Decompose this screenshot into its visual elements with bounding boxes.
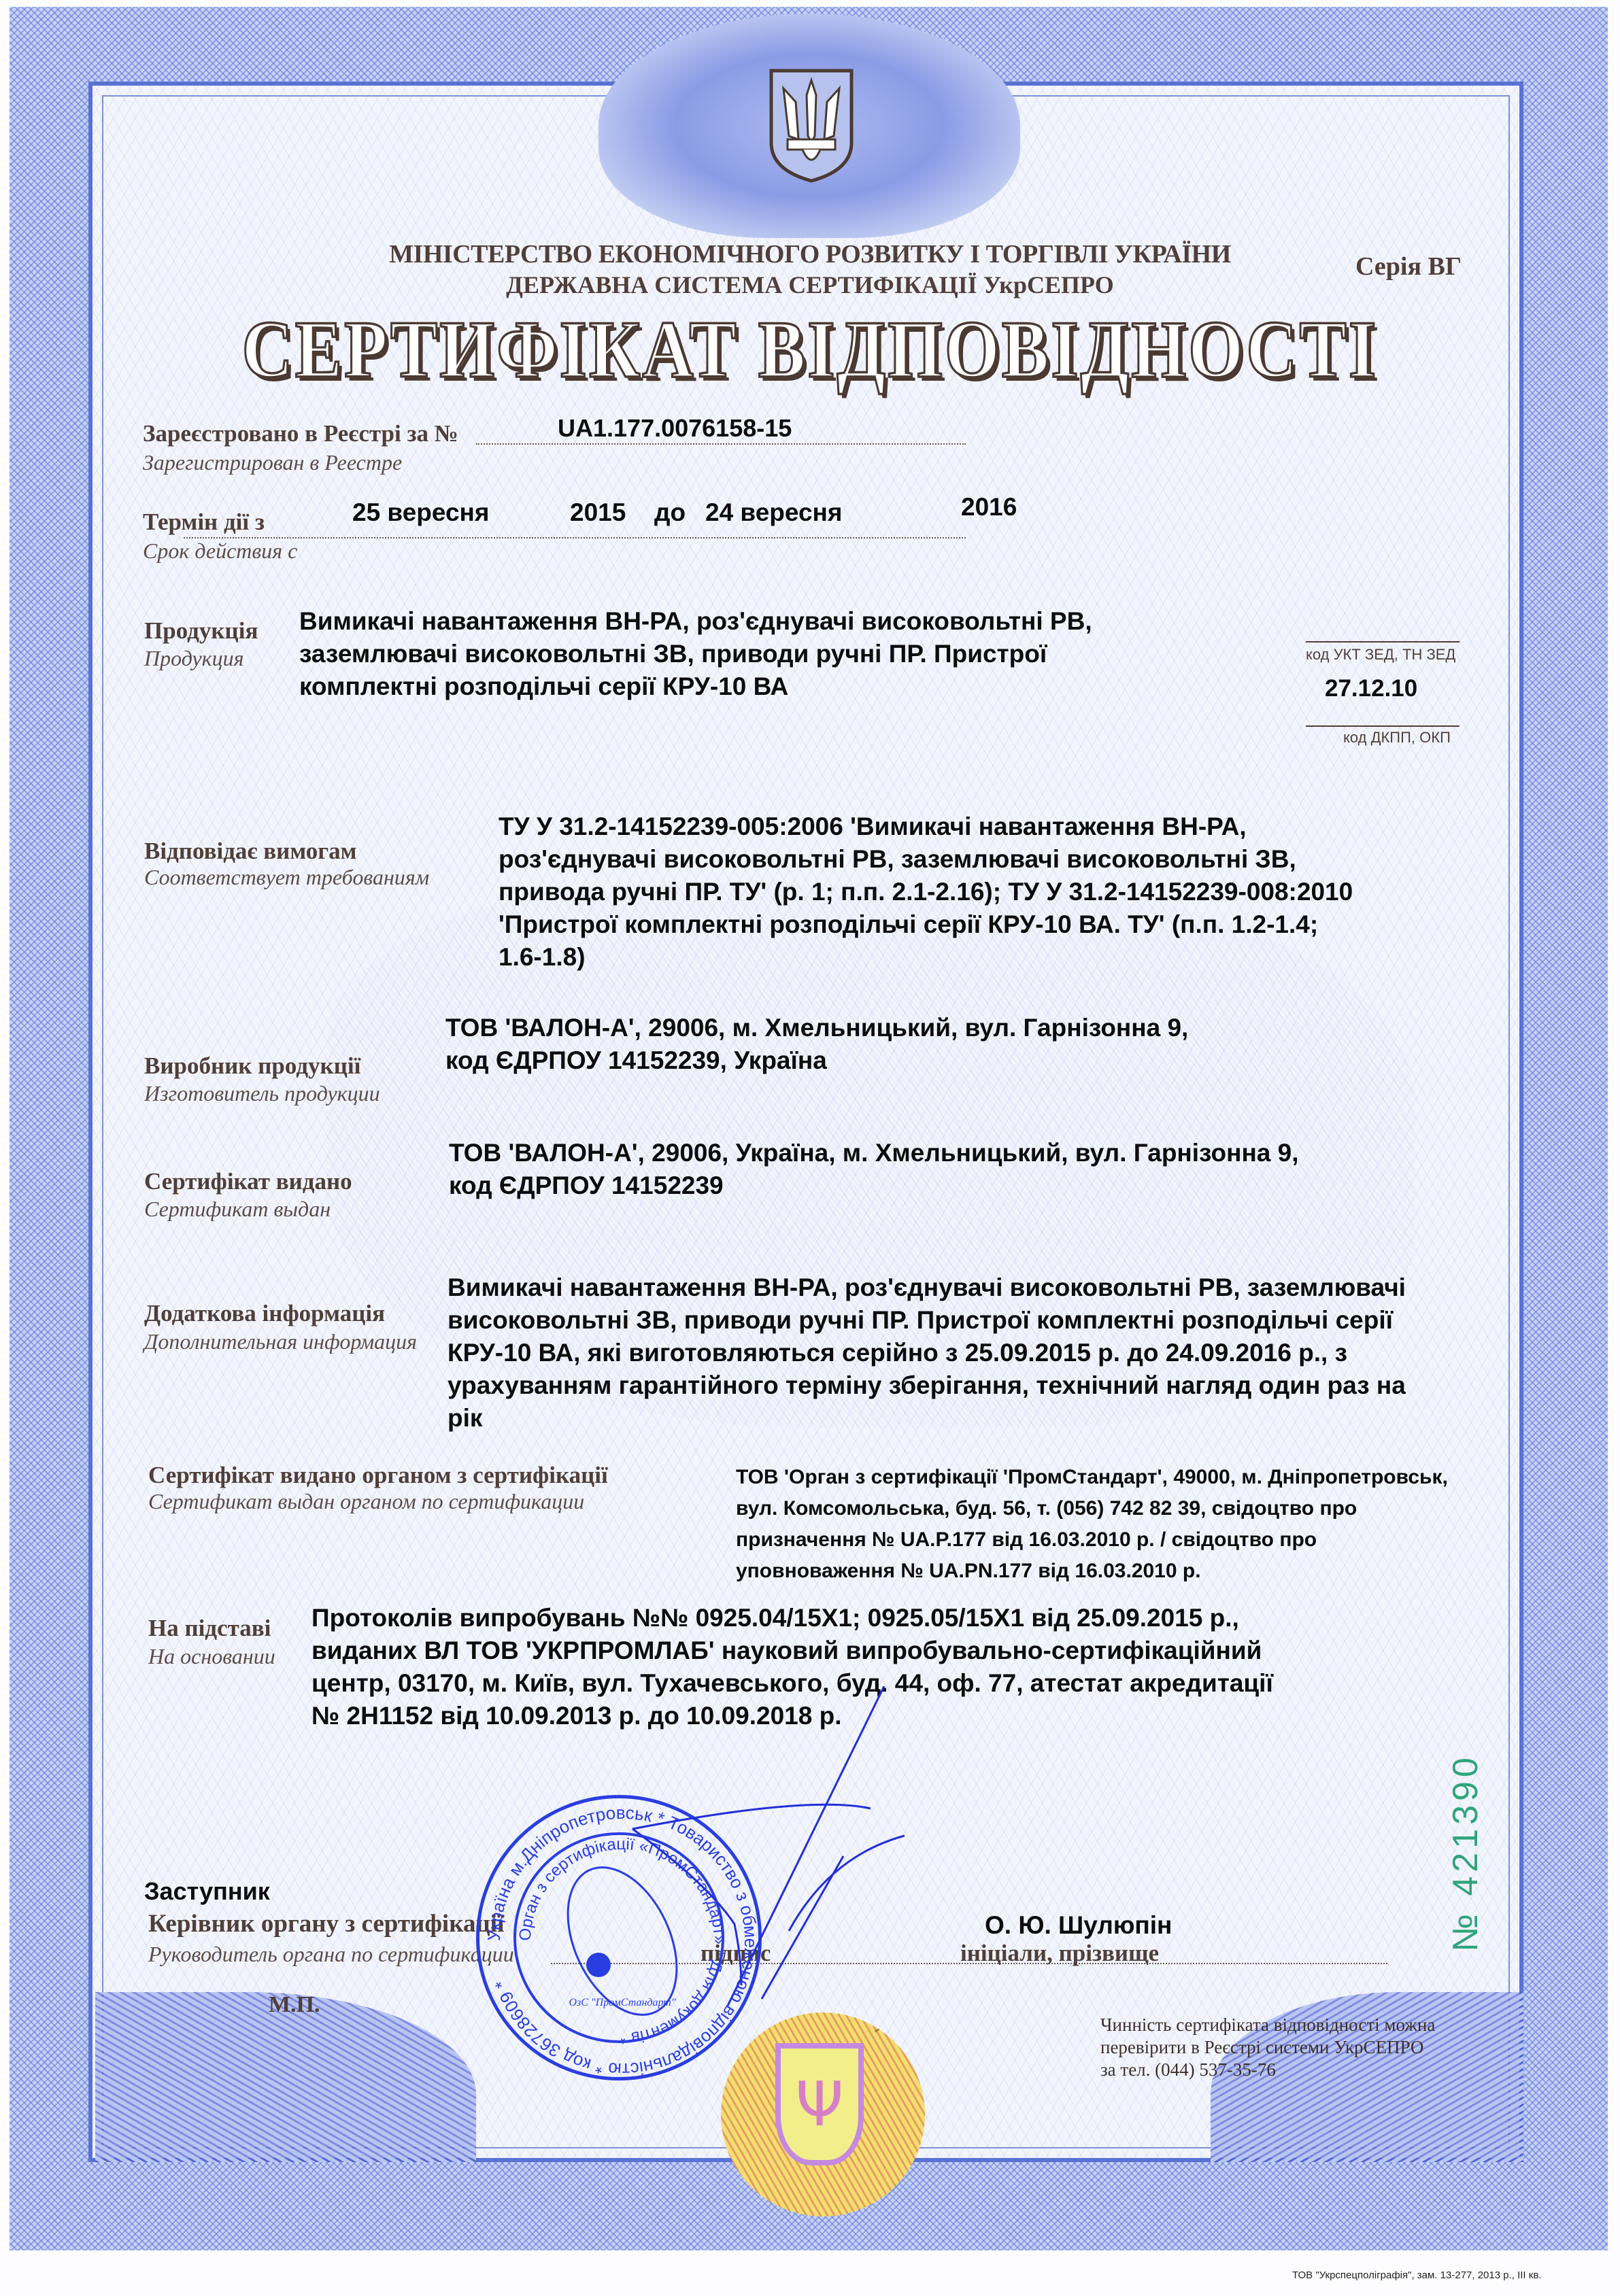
ukrsepro-hologram: Ψ УКРСЕПРО [721, 2012, 925, 2216]
requirements-sublabel: Соответствует требованиям [144, 865, 429, 890]
additional-info-label: Додаткова інформація [144, 1300, 385, 1327]
cert-body-sublabel: Сертификат выдан органом по сертификации [148, 1489, 584, 1514]
ukraine-trident-icon [769, 68, 854, 184]
code-top-line [1306, 641, 1459, 642]
validity-underline [184, 537, 966, 538]
basis-sublabel: На основании [148, 1644, 275, 1669]
registry-underline [476, 443, 966, 445]
code-dkpp-label: код ДКПП, ОКП [1343, 729, 1451, 747]
validity-from-day: 25 вересня [352, 496, 489, 529]
handwritten-signature [585, 1686, 993, 2026]
validity-to-day: 24 вересня [705, 496, 842, 529]
cert-body-text: ТОВ 'Орган з сертифікації 'ПромСтандарт'… [736, 1462, 1448, 1587]
registry-sublabel: Зарегистрирован в Реестре [143, 450, 402, 475]
product-text: Вимикачі навантаження ВН-РА, роз'єднувач… [299, 605, 1092, 703]
issued-to-sublabel: Сертификат выдан [144, 1197, 331, 1222]
product-label: Продукція [144, 617, 258, 645]
basis-label: На підставі [148, 1615, 271, 1642]
registry-label: Зареєстровано в Реєстрі за № [143, 420, 458, 447]
code-value: 27.12.10 [1325, 675, 1417, 702]
validity-to-word: до [654, 496, 686, 529]
code-bottom-line [1306, 725, 1459, 727]
additional-info-sublabel: Дополнительная информация [144, 1329, 417, 1354]
hologram-text: УКРСЕПРО [872, 2012, 891, 2033]
signatory-name: О. Ю. Шулюпін [985, 1909, 1172, 1942]
product-sublabel: Продукция [144, 646, 244, 671]
cert-body-label: Сертифікат видано органом з сертифікації [148, 1462, 608, 1489]
manufacturer-label: Виробник продукції [144, 1052, 360, 1080]
validity-from-year: 2015 [570, 496, 626, 529]
serial-number: № 421390 [1425, 1741, 1506, 1965]
hologram-trident-icon: Ψ [775, 2043, 864, 2165]
certificate-title: СЕРТИФІКАТ ВІДПОВІДНОСТІ [0, 303, 1620, 396]
additional-info-text: Вимикачі навантаження ВН-РА, роз'єднувач… [448, 1271, 1406, 1435]
verification-note: Чинність сертифіката відповідності можна… [1100, 2014, 1435, 2081]
printer-imprint: ТОВ "Укрспецполіграфія", зам. 13-277, 20… [1292, 2269, 1541, 2281]
manufacturer-sublabel: Изготовитель продукции [144, 1081, 380, 1106]
registry-number: UA1.177.0076158-15 [558, 412, 792, 445]
validity-to-year: 2016 [961, 491, 1017, 524]
issued-to-text: ТОВ 'ВАЛОН-А', 29006, Україна, м. Хмельн… [449, 1137, 1299, 1202]
issued-to-label: Сертифікат видано [144, 1168, 352, 1195]
certificate-sheet: МІНІСТЕРСТВО ЕКОНОМІЧНОГО РОЗВИТКУ І ТОР… [0, 0, 1620, 2296]
seal-place-label: М.П. [269, 1992, 320, 2018]
validity-label: Термін дії з [143, 509, 265, 536]
requirements-text: ТУ У 31.2-14152239-005:2006 'Вимикачі на… [499, 810, 1353, 974]
signatory-label: Керівник органу з сертифікації [148, 1909, 504, 1938]
manufacturer-text: ТОВ 'ВАЛОН-А', 29006, м. Хмельницький, в… [445, 1012, 1188, 1077]
code-uktzed-label: код УКТ ЗЕД, ТН ЗЕД [1306, 646, 1455, 664]
series-label: Серія ВГ [1355, 252, 1462, 281]
signatory-position-prefix: Заступник [144, 1875, 270, 1908]
validity-sublabel: Срок действия с [143, 538, 297, 564]
signatory-sublabel: Руководитель органа по сертификации [148, 1942, 514, 1967]
requirements-label: Відповідає вимогам [144, 838, 356, 865]
